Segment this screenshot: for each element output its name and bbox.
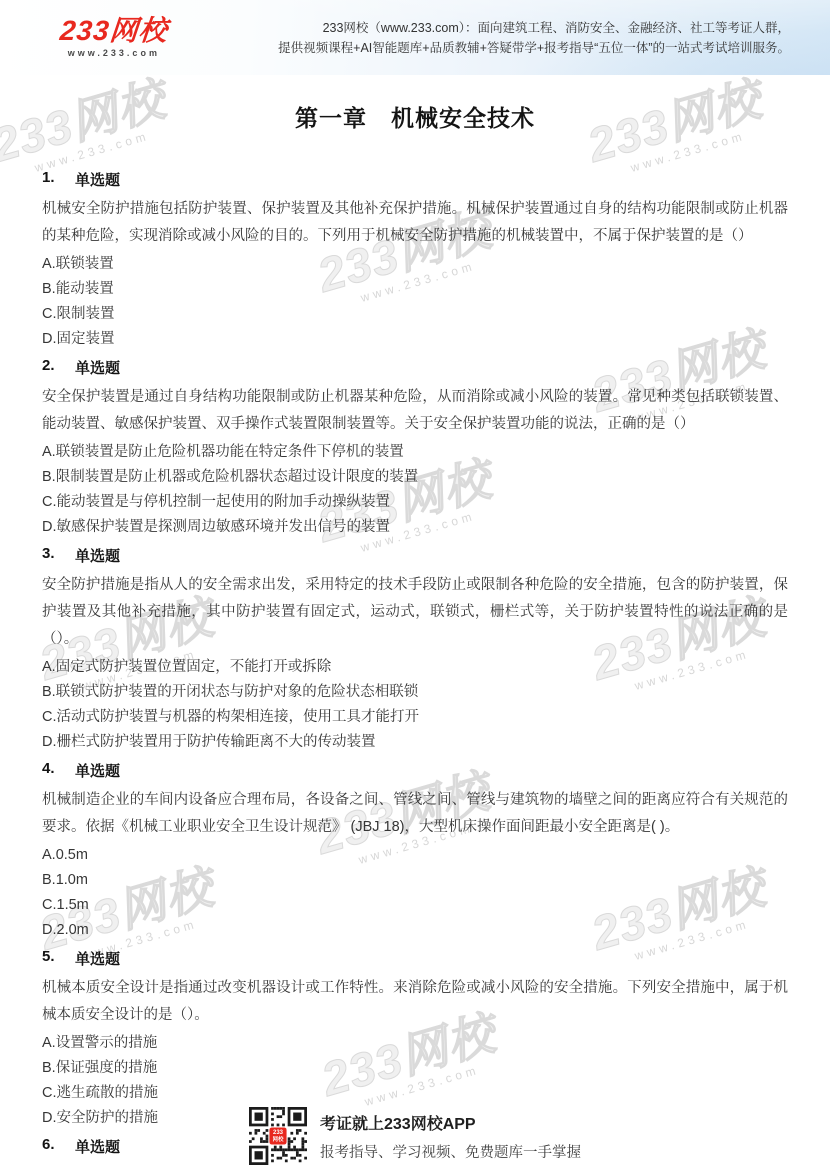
header-info-line1: 233网校（www.233.com）：面向建筑工程、消防安全、金融经济、社工等考… (278, 18, 790, 38)
question-type-label: 单选题 (75, 760, 120, 781)
question-option: B.联锁式防护装置的开闭状态与防护对象的危险状态相联锁 (42, 680, 788, 705)
question-option: D.敏感保护装置是探测周边敏感环境并发出信号的装置 (42, 515, 788, 540)
question-type-label: 单选题 (75, 948, 120, 969)
question-header: 5.单选题 (42, 943, 788, 973)
question-type-label: 单选题 (75, 357, 120, 378)
question-number: 2. (42, 357, 75, 378)
question-option: C.活动式防护装置与机器的构架相连接，使用工具才能打开 (42, 705, 788, 730)
question-option: D.固定装置 (42, 327, 788, 352)
logo: 233网校 www.233.com (60, 17, 168, 58)
question-option: B.能动装置 (42, 277, 788, 302)
question-header: 3.单选题 (42, 540, 788, 570)
question-option: D.栅栏式防护装置用于防护传输距离不大的传动装置 (42, 730, 788, 755)
question-header: 1.单选题 (42, 164, 788, 194)
question-number: 4. (42, 760, 75, 781)
footer-app-subtitle: 报考指导、学习视频、免费题库一手掌握 (320, 1141, 581, 1162)
document-body: 第一章 机械安全技术 1.单选题机械安全防护措施包括防护装置、保护装置及其他补充… (0, 75, 830, 1161)
question-option: A.联锁装置是防止危险机器功能在特定条件下停机的装置 (42, 440, 788, 465)
footer: 233网校 考证就上233网校APP 报考指导、学习视频、免费题库一手掌握 (249, 1107, 581, 1165)
header-bar: 233网校 www.233.com 233网校（www.233.com）：面向建… (0, 0, 830, 75)
question-option: C.限制装置 (42, 302, 788, 327)
header-info-line2: 提供视频课程+AI智能题库+品质教辅+答疑带学+报考指导“五位一体”的一站式考试… (278, 38, 790, 58)
question-type-label: 单选题 (75, 169, 120, 190)
question-option: B.1.0m (42, 868, 788, 893)
footer-text: 考证就上233网校APP 报考指导、学习视频、免费题库一手掌握 (320, 1111, 581, 1162)
question-option: A.联锁装置 (42, 252, 788, 277)
question-list: 1.单选题机械安全防护措施包括防护装置、保护装置及其他补充保护措施。机械保护装置… (42, 164, 788, 1161)
question-option: C.能动装置是与停机控制一起使用的附加手动操纵装置 (42, 490, 788, 515)
question-option: B.限制装置是防止机器或危险机器状态超过设计限度的装置 (42, 465, 788, 490)
question-stem: 机械本质安全设计是指通过改变机器设计或工作特性。来消除危险或减小风险的安全措施。… (42, 975, 788, 1029)
logo-text: 233网校 (59, 17, 169, 45)
question-number: 3. (42, 545, 75, 566)
question-stem: 机械制造企业的车间内设备应合理布局，各设备之间、管线之间、管线与建筑物的墙壁之间… (42, 787, 788, 841)
footer-app-title: 考证就上233网校APP (320, 1111, 581, 1134)
logo-url: www.233.com (60, 48, 168, 58)
question-option: C.逃生疏散的措施 (42, 1081, 788, 1106)
question-number: 1. (42, 169, 75, 190)
question-option: C.1.5m (42, 893, 788, 918)
question-4: 4.单选题机械制造企业的车间内设备应合理布局，各设备之间、管线之间、管线与建筑物… (42, 755, 788, 943)
question-header: 2.单选题 (42, 352, 788, 382)
page-title: 第一章 机械安全技术 (42, 100, 788, 133)
question-1: 1.单选题机械安全防护措施包括防护装置、保护装置及其他补充保护措施。机械保护装置… (42, 164, 788, 352)
question-option: D.2.0m (42, 918, 788, 943)
question-stem: 机械安全防护措施包括防护装置、保护装置及其他补充保护措施。机械保护装置通过自身的… (42, 196, 788, 250)
question-option: A.固定式防护装置位置固定，不能打开或拆除 (42, 655, 788, 680)
question-stem: 安全保护装置是通过自身结构功能限制或防止机器某种危险，从而消除或减小风险的装置。… (42, 384, 788, 438)
svg-text:网校: 网校 (272, 1135, 284, 1143)
question-number: 5. (42, 948, 75, 969)
svg-text:233: 233 (273, 1130, 284, 1136)
question-type-label: 单选题 (75, 545, 120, 566)
question-2: 2.单选题安全保护装置是通过自身结构功能限制或防止机器某种危险，从而消除或减小风… (42, 352, 788, 540)
header-info: 233网校（www.233.com）：面向建筑工程、消防安全、金融经济、社工等考… (278, 18, 790, 58)
question-header: 4.单选题 (42, 755, 788, 785)
qr-code-icon: 233网校 (249, 1107, 307, 1165)
question-number: 6. (42, 1136, 75, 1157)
document-page: 233网校 www.233.com 233网校（www.233.com）：面向建… (0, 0, 830, 1174)
question-5: 5.单选题机械本质安全设计是指通过改变机器设计或工作特性。来消除危险或减小风险的… (42, 943, 788, 1131)
question-option: A.0.5m (42, 843, 788, 868)
question-3: 3.单选题安全防护措施是指从人的安全需求出发，采用特定的技术手段防止或限制各种危… (42, 540, 788, 755)
question-type-label: 单选题 (75, 1136, 120, 1157)
question-stem: 安全防护措施是指从人的安全需求出发，采用特定的技术手段防止或限制各种危险的安全措… (42, 572, 788, 653)
question-option: B.保证强度的措施 (42, 1056, 788, 1081)
question-option: A.设置警示的措施 (42, 1031, 788, 1056)
